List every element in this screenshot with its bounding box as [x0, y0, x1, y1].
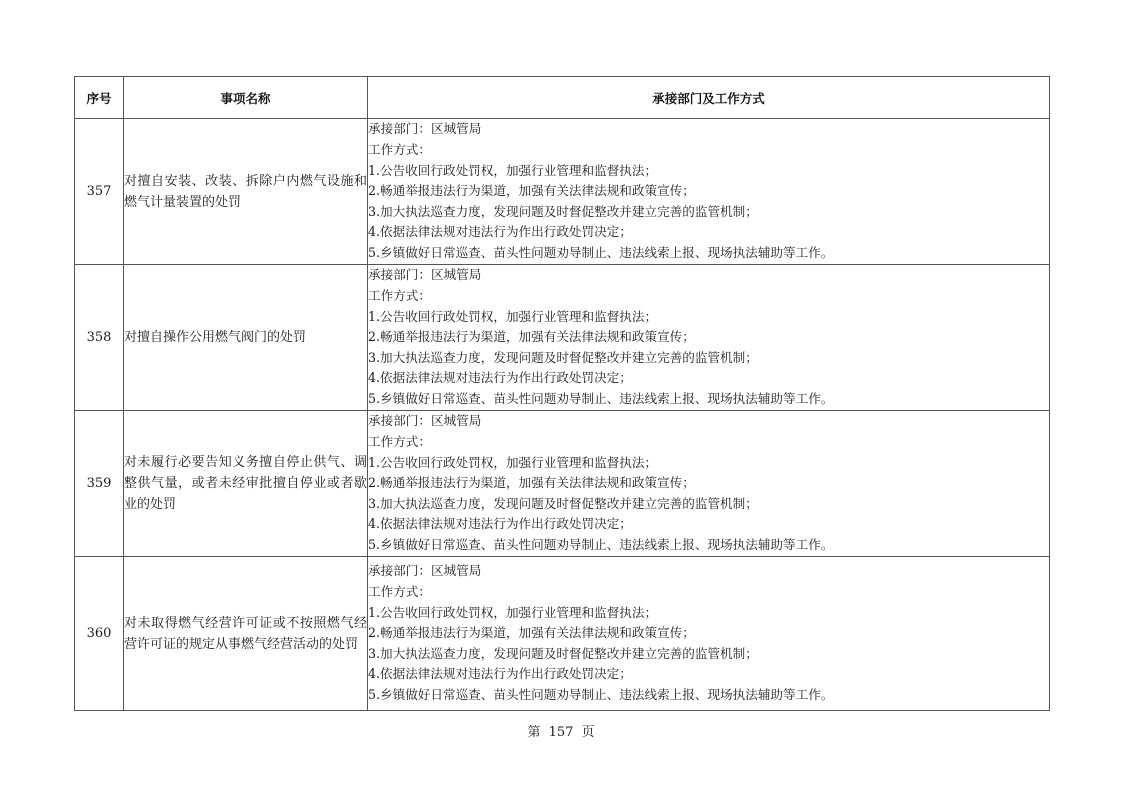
table-row: 357 对擅自安装、改装、拆除户内燃气设施和燃气计量装置的处罚 承接部门：区城管…	[75, 119, 1050, 265]
table-row: 359 对未履行必要告知义务擅自停止供气、调整供气量，或者未经审批擅自停业或者歇…	[75, 411, 1050, 557]
method-step-2: 2.畅通举报违法行为渠道，加强有关法律法规和政策宣传；	[368, 623, 1049, 644]
method-label: 工作方式：	[368, 582, 1049, 603]
method-step-2: 2.畅通举报违法行为渠道，加强有关法律法规和政策宣传；	[368, 181, 1049, 202]
document-page: 序号 事项名称 承接部门及工作方式 357 对擅自安装、改装、拆除户内燃气设施和…	[0, 0, 1122, 793]
table-row: 360 对未取得燃气经营许可证或不按照燃气经营许可证的规定从事燃气经营活动的处罚…	[75, 557, 1050, 711]
dept-line: 承接部门：区城管局	[368, 411, 1049, 432]
row-dept-method: 承接部门：区城管局 工作方式： 1.公告收回行政处罚权，加强行业管理和监督执法；…	[368, 557, 1050, 711]
header-dept-method: 承接部门及工作方式	[368, 77, 1050, 119]
method-label: 工作方式：	[368, 286, 1049, 307]
dept-line: 承接部门：区城管局	[368, 265, 1049, 286]
row-seq: 358	[75, 265, 124, 411]
method-label: 工作方式：	[368, 432, 1049, 453]
method-step-4: 4.依据法律法规对违法行为作出行政处罚决定；	[368, 222, 1049, 243]
method-step-4: 4.依据法律法规对违法行为作出行政处罚决定；	[368, 664, 1049, 685]
method-step-1: 1.公告收回行政处罚权，加强行业管理和监督执法；	[368, 161, 1049, 182]
responsibility-table: 序号 事项名称 承接部门及工作方式 357 对擅自安装、改装、拆除户内燃气设施和…	[74, 76, 1050, 711]
row-seq: 360	[75, 557, 124, 711]
method-step-5: 5.乡镇做好日常巡查、苗头性问题劝导制止、违法线索上报、现场执法辅助等工作。	[368, 243, 1049, 264]
method-step-5: 5.乡镇做好日常巡查、苗头性问题劝导制止、违法线索上报、现场执法辅助等工作。	[368, 389, 1049, 410]
row-seq: 359	[75, 411, 124, 557]
table-row: 358 对擅自操作公用燃气阀门的处罚 承接部门：区城管局 工作方式： 1.公告收…	[75, 265, 1050, 411]
row-item-name: 对擅自安装、改装、拆除户内燃气设施和燃气计量装置的处罚	[124, 119, 368, 265]
method-step-2: 2.畅通举报违法行为渠道，加强有关法律法规和政策宣传；	[368, 473, 1049, 494]
method-step-5: 5.乡镇做好日常巡查、苗头性问题劝导制止、违法线索上报、现场执法辅助等工作。	[368, 685, 1049, 706]
row-item-name: 对未取得燃气经营许可证或不按照燃气经营许可证的规定从事燃气经营活动的处罚	[124, 557, 368, 711]
row-dept-method: 承接部门：区城管局 工作方式： 1.公告收回行政处罚权，加强行业管理和监督执法；…	[368, 265, 1050, 411]
page-number: 第 157 页	[0, 721, 1122, 740]
dept-line: 承接部门：区城管局	[368, 561, 1049, 582]
method-step-1: 1.公告收回行政处罚权，加强行业管理和监督执法；	[368, 603, 1049, 624]
method-step-3: 3.加大执法巡查力度，发现问题及时督促整改并建立完善的监管机制；	[368, 494, 1049, 515]
method-step-1: 1.公告收回行政处罚权，加强行业管理和监督执法；	[368, 453, 1049, 474]
row-dept-method: 承接部门：区城管局 工作方式： 1.公告收回行政处罚权，加强行业管理和监督执法；…	[368, 119, 1050, 265]
method-step-3: 3.加大执法巡查力度，发现问题及时督促整改并建立完善的监管机制；	[368, 202, 1049, 223]
method-label: 工作方式：	[368, 140, 1049, 161]
table-header-row: 序号 事项名称 承接部门及工作方式	[75, 77, 1050, 119]
method-step-4: 4.依据法律法规对违法行为作出行政处罚决定；	[368, 368, 1049, 389]
row-seq: 357	[75, 119, 124, 265]
method-step-2: 2.畅通举报违法行为渠道，加强有关法律法规和政策宣传；	[368, 327, 1049, 348]
method-step-3: 3.加大执法巡查力度，发现问题及时督促整改并建立完善的监管机制；	[368, 644, 1049, 665]
row-item-name: 对擅自操作公用燃气阀门的处罚	[124, 265, 368, 411]
dept-line: 承接部门：区城管局	[368, 119, 1049, 140]
row-dept-method: 承接部门：区城管局 工作方式： 1.公告收回行政处罚权，加强行业管理和监督执法；…	[368, 411, 1050, 557]
row-item-name: 对未履行必要告知义务擅自停止供气、调整供气量，或者未经审批擅自停业或者歇业的处罚	[124, 411, 368, 557]
method-step-5: 5.乡镇做好日常巡查、苗头性问题劝导制止、违法线索上报、现场执法辅助等工作。	[368, 535, 1049, 556]
method-step-4: 4.依据法律法规对违法行为作出行政处罚决定；	[368, 514, 1049, 535]
header-seq: 序号	[75, 77, 124, 119]
method-step-1: 1.公告收回行政处罚权，加强行业管理和监督执法；	[368, 307, 1049, 328]
method-step-3: 3.加大执法巡查力度，发现问题及时督促整改并建立完善的监管机制；	[368, 348, 1049, 369]
header-item-name: 事项名称	[124, 77, 368, 119]
